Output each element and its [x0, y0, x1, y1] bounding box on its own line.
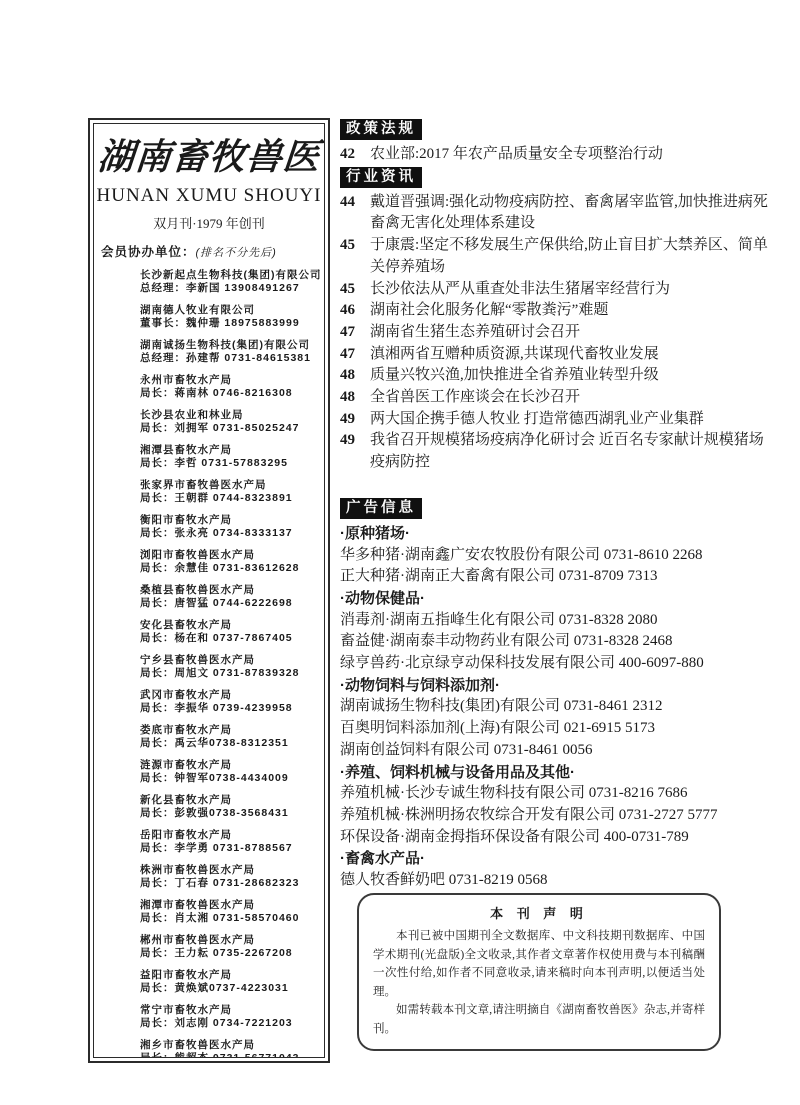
magazine-contents-page: 湖南畜牧兽医 HUNAN XUMU SHOUYI 双月刊·1979 年创刊 会员…	[0, 0, 800, 1105]
member-entry: 永州市畜牧水产局 局长：蒋南林 0746-8216308	[140, 374, 320, 399]
member-org-name: 浏阳市畜牧兽医水产局	[140, 549, 320, 562]
member-contact: 局长：周旭文 0731-87839328	[140, 667, 320, 680]
ad-category-machinery-equipment: ·养殖、饲料机械与设备用品及其他·	[340, 762, 774, 784]
member-entry: 长沙新起点生物科技(集团)有限公司 总经理：李新国 13908491267	[140, 269, 320, 294]
member-org-name: 桑植县畜牧兽医水产局	[140, 584, 320, 597]
member-contact: 局长：丁石春 0731-28682323	[140, 877, 320, 890]
toc-page-number: 47	[340, 322, 370, 344]
toc-article-title: 湖南社会化服务化解“零散粪污”难题	[370, 300, 774, 322]
ad-line: 正大种猪·湖南正大畜禽有限公司 0731-8709 7313	[340, 566, 774, 588]
member-entry: 武冈市畜牧水产局 局长：李振华 0739-4239958	[140, 689, 320, 714]
member-contact: 局长：彭敦强0738-3568431	[140, 807, 320, 820]
toc-page-number: 49	[340, 409, 370, 431]
section-header-ads: 广告信息	[340, 498, 422, 519]
toc-page-number: 44	[340, 192, 370, 235]
member-entry: 张家界市畜牧兽医水产局 局长：王朝群 0744-8323891	[140, 479, 320, 504]
ad-line: 畜益健·湖南泰丰动物药业有限公司 0731-8328 2468	[340, 631, 774, 653]
toc-page-number: 49	[340, 430, 370, 473]
member-contact: 总经理：孙建帮 0731-84615381	[140, 352, 320, 365]
member-contact: 局长：刘拥军 0731-85025247	[140, 422, 320, 435]
member-entry: 常宁市畜牧水产局 局长：刘志刚 0734-7221203	[140, 1004, 320, 1029]
ad-category-feed-and-additives: ·动物饲料与饲料添加剂·	[340, 675, 774, 697]
toc-item: 46 湖南社会化服务化解“零散粪污”难题	[340, 300, 774, 322]
member-contact: 局长：李学勇 0731-8788567	[140, 842, 320, 855]
member-org-name: 岳阳市畜牧水产局	[140, 829, 320, 842]
member-org-name: 武冈市畜牧水产局	[140, 689, 320, 702]
toc-item: 48 全省兽医工作座谈会在长沙召开	[340, 387, 774, 409]
member-entry: 宁乡县畜牧兽医水产局 局长：周旭文 0731-87839328	[140, 654, 320, 679]
toc-item: 45 长沙依法从严从重查处非法生猪屠宰经营行为	[340, 279, 774, 301]
section-header-row-policy: 政策法规	[340, 119, 774, 140]
member-org-name: 湖南德人牧业有限公司	[140, 304, 320, 317]
member-org-name: 湘潭县畜牧水产局	[140, 444, 320, 457]
member-org-name: 湘乡市畜牧兽医水产局	[140, 1039, 320, 1052]
member-contact: 局长：熊超杰 0731-56771043	[140, 1052, 320, 1059]
ad-line: 环保设备·湖南金拇指环保设备有限公司 400-0731-789	[340, 827, 774, 849]
member-entry: 长沙县农业和林业局 局长：刘拥军 0731-85025247	[140, 409, 320, 434]
member-org-name: 安化县畜牧水产局	[140, 619, 320, 632]
ad-line: 百奥明饲料添加剂(上海)有限公司 021-6915 5173	[340, 718, 774, 740]
member-org-name: 娄底市畜牧水产局	[140, 724, 320, 737]
toc-article-title: 两大国企携手德人牧业 打造常德西湖乳业产业集群	[370, 409, 774, 431]
member-org-name: 益阳市畜牧水产局	[140, 969, 320, 982]
member-entry: 涟源市畜牧水产局 局长：钟智军0738-4434009	[140, 759, 320, 784]
ad-group-animal-health-products: 消毒剂·湖南五指峰生化有限公司 0731-8328 2080畜益健·湖南泰丰动物…	[340, 610, 774, 675]
toc-list-policy: 42 农业部:2017 年农产品质量安全专项整治行动	[340, 144, 774, 166]
statement-paragraph-1: 本刊已被中国期刊全文数据库、中文科技期刊数据库、中国学术期刊(光盘版)全文收录,…	[373, 927, 705, 1001]
members-note: (排名不分先后)	[196, 247, 277, 259]
member-contact: 局长：张永亮 0734-8333137	[140, 527, 320, 540]
toc-article-title: 我省召开规模猪场疫病净化研讨会 近百名专家献计规模猪场疫病防控	[370, 430, 774, 473]
member-org-name: 张家界市畜牧兽医水产局	[140, 479, 320, 492]
section-header-row-industry: 行业资讯	[340, 167, 774, 188]
sponsor-sidebar: 湖南畜牧兽医 HUNAN XUMU SHOUYI 双月刊·1979 年创刊 会员…	[88, 118, 330, 1063]
toc-list-industry: 44 戴道晋强调:强化动物疫病防控、畜禽屠宰监管,加快推进病死畜禽无害化处理体系…	[340, 192, 774, 474]
toc-page-number: 45	[340, 279, 370, 301]
section-header-industry: 行业资讯	[340, 167, 422, 188]
member-org-name: 湖南诚扬生物科技(集团)有限公司	[140, 339, 320, 352]
ad-line: 养殖机械·长沙专诚生物科技有限公司 0731-8216 7686	[340, 783, 774, 805]
section-header-policy: 政策法规	[340, 119, 422, 140]
ad-line: 绿亨兽药·北京绿亨动保科技发展有限公司 400-6097-880	[340, 653, 774, 675]
member-contact: 总经理：李新国 13908491267	[140, 282, 320, 295]
member-entry: 湖南德人牧业有限公司 董事长：魏仲珊 18975883999	[140, 304, 320, 329]
journal-issue-info: 双月刊·1979 年创刊	[94, 213, 324, 232]
ad-category-animal-health-products: ·动物保健品·	[340, 588, 774, 610]
ad-line: 消毒剂·湖南五指峰生化有限公司 0731-8328 2080	[340, 610, 774, 632]
member-contact: 局长：禹云华0738-8312351	[140, 737, 320, 750]
member-entry: 湘潭县畜牧水产局 局长：李哲 0731-57883295	[140, 444, 320, 469]
toc-page-number: 48	[340, 365, 370, 387]
member-org-name: 宁乡县畜牧兽医水产局	[140, 654, 320, 667]
member-entry: 郴州市畜牧兽医水产局 局长：王力耘 0735-2267208	[140, 934, 320, 959]
toc-article-title: 戴道晋强调:强化动物疫病防控、畜禽屠宰监管,加快推进病死畜禽无害化处理体系建设	[370, 192, 774, 235]
member-contact: 局长：唐智猛 0744-6222698	[140, 597, 320, 610]
member-entry: 株洲市畜牧兽医水产局 局长：丁石春 0731-28682323	[140, 864, 320, 889]
ad-group-breeding-pig-farms: 华多种猪·湖南鑫广安农牧股份有限公司 0731-8610 2268正大种猪·湖南…	[340, 545, 774, 588]
member-contact: 局长：李哲 0731-57883295	[140, 457, 320, 470]
toc-item: 45 于康震:坚定不移发展生产保供给,防止盲目扩大禁养区、简单关停养殖场	[340, 235, 774, 278]
member-org-name: 涟源市畜牧水产局	[140, 759, 320, 772]
member-entry: 湘潭市畜牧兽医水产局 局长：肖太湘 0731-58570460	[140, 899, 320, 924]
ad-line: 湖南诚扬生物科技(集团)有限公司 0731-8461 2312	[340, 696, 774, 718]
statement-paragraph-2: 如需转载本刊文章,请注明摘自《湖南畜牧兽医》杂志,并寄样刊。	[373, 1001, 705, 1038]
toc-item: 42 农业部:2017 年农产品质量安全专项整治行动	[340, 144, 774, 166]
member-entry: 岳阳市畜牧水产局 局长：李学勇 0731-8788567	[140, 829, 320, 854]
member-org-name: 长沙县农业和林业局	[140, 409, 320, 422]
member-entry: 娄底市畜牧水产局 局长：禹云华0738-8312351	[140, 724, 320, 749]
member-org-name: 长沙新起点生物科技(集团)有限公司	[140, 269, 320, 282]
toc-item: 48 质量兴牧兴渔,加快推进全省养殖业转型升级	[340, 365, 774, 387]
toc-article-title: 滇湘两省互赠种质资源,共谋现代畜牧业发展	[370, 344, 774, 366]
member-org-name: 郴州市畜牧兽医水产局	[140, 934, 320, 947]
toc-article-title: 湖南省生猪生态养殖研讨会召开	[370, 322, 774, 344]
toc-item: 49 我省召开规模猪场疫病净化研讨会 近百名专家献计规模猪场疫病防控	[340, 430, 774, 473]
member-list: 长沙新起点生物科技(集团)有限公司 总经理：李新国 13908491267 湖南…	[94, 260, 324, 1058]
toc-article-title: 全省兽医工作座谈会在长沙召开	[370, 387, 774, 409]
toc-item: 44 戴道晋强调:强化动物疫病防控、畜禽屠宰监管,加快推进病死畜禽无害化处理体系…	[340, 192, 774, 235]
ad-group-feed-and-additives: 湖南诚扬生物科技(集团)有限公司 0731-8461 2312百奥明饲料添加剂(…	[340, 696, 774, 761]
member-entry: 益阳市畜牧水产局 局长：黄焕斌0737-4223031	[140, 969, 320, 994]
member-entry: 新化县畜牧水产局 局长：彭敦强0738-3568431	[140, 794, 320, 819]
member-contact: 局长：王力耘 0735-2267208	[140, 947, 320, 960]
toc-page-number: 42	[340, 144, 370, 166]
sponsor-sidebar-frame: 湖南畜牧兽医 HUNAN XUMU SHOUYI 双月刊·1979 年创刊 会员…	[93, 123, 325, 1058]
member-entry: 湘乡市畜牧兽医水产局 局长：熊超杰 0731-56771043	[140, 1039, 320, 1058]
toc-article-title: 长沙依法从严从重查处非法生猪屠宰经营行为	[370, 279, 774, 301]
toc-item: 49 两大国企携手德人牧业 打造常德西湖乳业产业集群	[340, 409, 774, 431]
member-contact: 局长：蒋南林 0746-8216308	[140, 387, 320, 400]
member-entry: 安化县畜牧水产局 局长：杨在和 0737-7867405	[140, 619, 320, 644]
ad-category-breeding-pig-farms: ·原种猪场·	[340, 523, 774, 545]
member-org-name: 衡阳市畜牧水产局	[140, 514, 320, 527]
member-org-name: 湘潭市畜牧兽医水产局	[140, 899, 320, 912]
ad-group-livestock-aquatic-products: 德人牧香鲜奶吧 0731-8219 0568	[340, 870, 774, 892]
ad-group-machinery-equipment: 养殖机械·长沙专诚生物科技有限公司 0731-8216 7686养殖机械·株洲明…	[340, 783, 774, 848]
ads-list: ·原种猪场· 华多种猪·湖南鑫广安农牧股份有限公司 0731-8610 2268…	[340, 523, 774, 892]
ad-category-livestock-aquatic-products: ·畜禽水产品·	[340, 848, 774, 870]
toc-article-title: 于康震:坚定不移发展生产保供给,防止盲目扩大禁养区、简单关停养殖场	[370, 235, 774, 278]
member-contact: 董事长：魏仲珊 18975883999	[140, 317, 320, 330]
member-contact: 局长：刘志刚 0734-7221203	[140, 1017, 320, 1030]
member-org-name: 常宁市畜牧水产局	[140, 1004, 320, 1017]
toc-page-number: 48	[340, 387, 370, 409]
member-entry: 湖南诚扬生物科技(集团)有限公司 总经理：孙建帮 0731-84615381	[140, 339, 320, 364]
section-header-row-ads: 广告信息	[340, 498, 774, 519]
toc-item: 47 滇湘两省互赠种质资源,共谋现代畜牧业发展	[340, 344, 774, 366]
ad-line: 德人牧香鲜奶吧 0731-8219 0568	[340, 870, 774, 892]
member-entry: 桑植县畜牧兽医水产局 局长：唐智猛 0744-6222698	[140, 584, 320, 609]
statement-title: 本 刊 声 明	[373, 903, 705, 922]
member-contact: 局长：杨在和 0737-7867405	[140, 632, 320, 645]
journal-statement-box: 本 刊 声 明 本刊已被中国期刊全文数据库、中文科技期刊数据库、中国学术期刊(光…	[357, 893, 721, 1051]
toc-article-title: 质量兴牧兴渔,加快推进全省养殖业转型升级	[370, 365, 774, 387]
toc-item: 47 湖南省生猪生态养殖研讨会召开	[340, 322, 774, 344]
members-label: 会员协办单位：	[101, 245, 196, 259]
journal-name-pinyin: HUNAN XUMU SHOUYI	[94, 185, 324, 207]
toc-page-number: 46	[340, 300, 370, 322]
member-contact: 局长：肖太湘 0731-58570460	[140, 912, 320, 925]
member-org-name: 株洲市畜牧兽医水产局	[140, 864, 320, 877]
member-contact: 局长：李振华 0739-4239958	[140, 702, 320, 715]
member-org-name: 永州市畜牧水产局	[140, 374, 320, 387]
contents-column: 政策法规 42 农业部:2017 年农产品质量安全专项整治行动 行业资讯 44 …	[340, 118, 774, 892]
member-entry: 衡阳市畜牧水产局 局长：张永亮 0734-8333137	[140, 514, 320, 539]
toc-article-title: 农业部:2017 年农产品质量安全专项整治行动	[370, 144, 774, 166]
member-entry: 浏阳市畜牧兽医水产局 局长：余慧佳 0731-83612628	[140, 549, 320, 574]
ad-line: 养殖机械·株洲明扬农牧综合开发有限公司 0731-2727 5777	[340, 805, 774, 827]
member-contact: 局长：余慧佳 0731-83612628	[140, 562, 320, 575]
member-contact: 局长：黄焕斌0737-4223031	[140, 982, 320, 995]
toc-page-number: 47	[340, 344, 370, 366]
toc-page-number: 45	[340, 235, 370, 278]
ad-line: 湖南创益饲料有限公司 0731-8461 0056	[340, 740, 774, 762]
member-org-name: 新化县畜牧水产局	[140, 794, 320, 807]
member-contact: 局长：钟智军0738-4434009	[140, 772, 320, 785]
members-label-row: 会员协办单位：(排名不分先后)	[94, 232, 324, 260]
ad-line: 华多种猪·湖南鑫广安农牧股份有限公司 0731-8610 2268	[340, 545, 774, 567]
journal-logo-calligraphy: 湖南畜牧兽医	[93, 136, 325, 178]
member-contact: 局长：王朝群 0744-8323891	[140, 492, 320, 505]
